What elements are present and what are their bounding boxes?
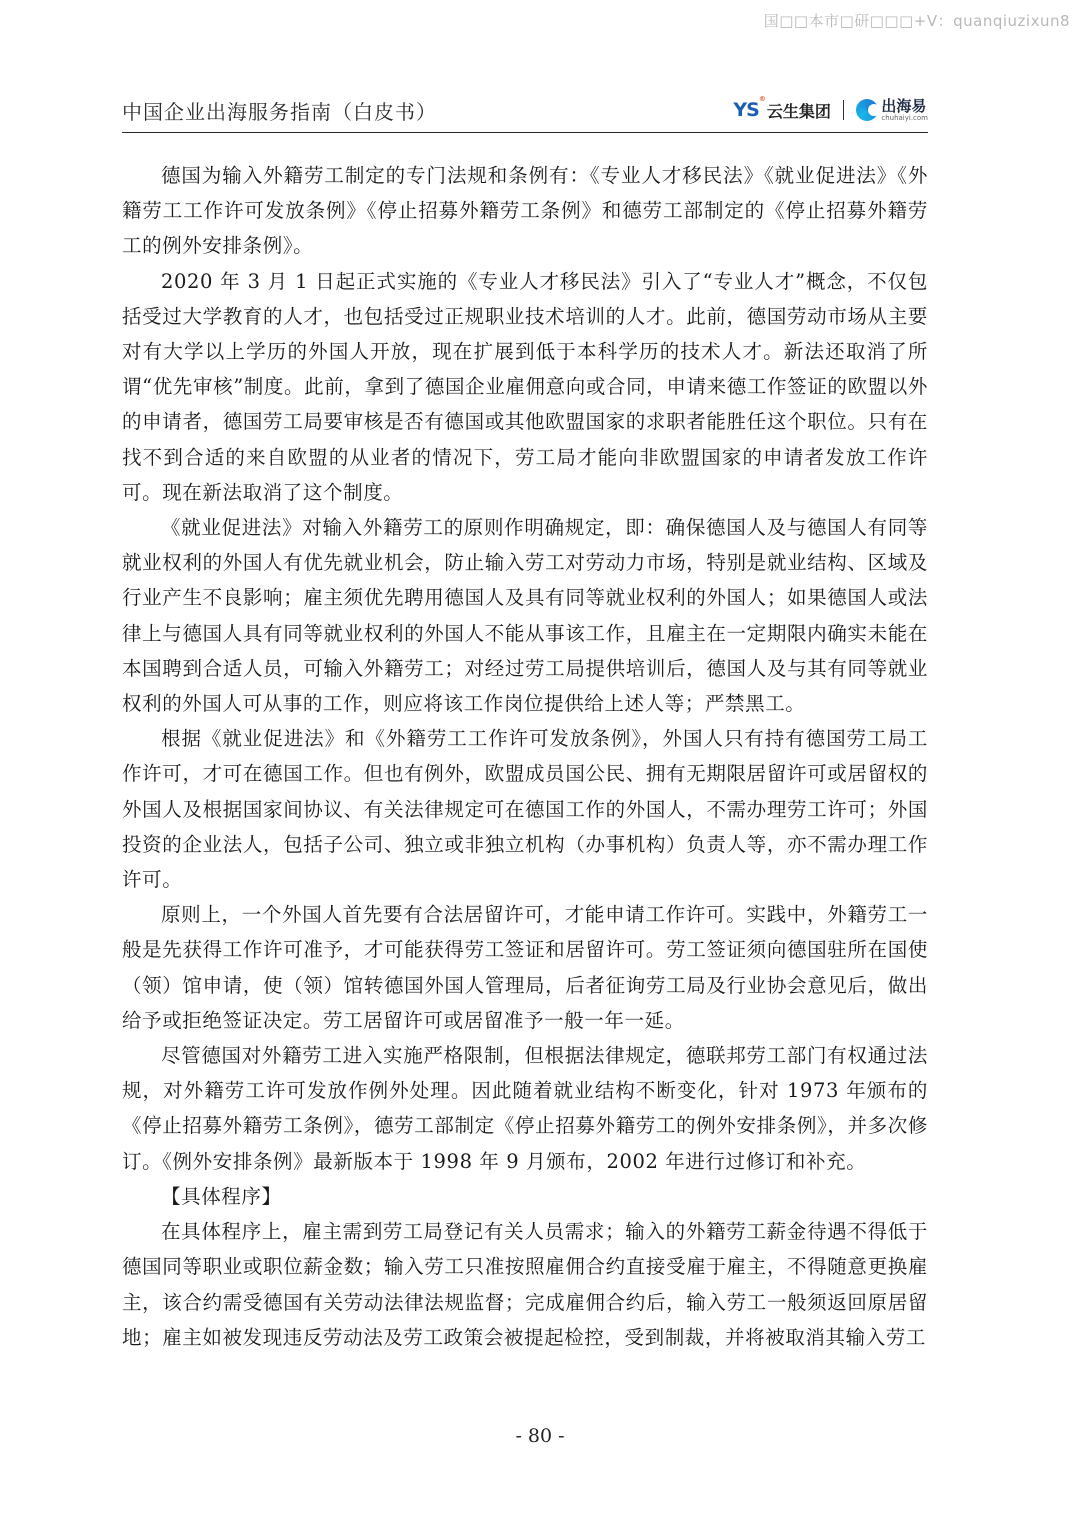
chuhaiyi-name: 出海易: [881, 99, 928, 114]
paragraph: 根据《就业促进法》和《外籍劳工工作许可发放条例》，外国人只有持有德国劳工局工作许…: [122, 721, 928, 897]
body-content: 德国为输入外籍劳工制定的专门法规和条例有：《专业人才移民法》《就业促进法》《外籍…: [122, 158, 928, 1355]
paragraph: 德国为输入外籍劳工制定的专门法规和条例有：《专业人才移民法》《就业促进法》《外籍…: [122, 158, 928, 264]
paragraph: 在具体程序上，雇主需到劳工局登记有关人员需求；输入的外籍劳工薪金待遇不得低于德国…: [122, 1214, 928, 1355]
paragraph: 原则上，一个外国人首先要有合法居留许可，才能申请工作许可。实践中，外籍劳工一般是…: [122, 897, 928, 1038]
header-logos: YS® 云生集团 出海易 chuhaiyi.com: [733, 94, 928, 126]
ys-group-logo: YS® 云生集团: [733, 99, 830, 122]
section-heading: 【具体程序】: [122, 1179, 928, 1214]
ys-logo-icon: YS®: [733, 99, 758, 121]
document-title: 中国企业出海服务指南（白皮书）: [122, 96, 437, 125]
logo-divider: [843, 100, 845, 120]
watermark-text: 国□□本市□研□□□+V：quanqiuzixun8: [764, 10, 1070, 31]
chuhaiyi-logo-icon: [856, 99, 878, 121]
chuhaiyi-logo: 出海易 chuhaiyi.com: [856, 99, 928, 122]
chuhaiyi-url: chuhaiyi.com: [881, 115, 928, 122]
paragraph: 2020 年 3 月 1 日起正式实施的《专业人才移民法》引入了“专业人才”概念…: [122, 264, 928, 510]
page-number: - 80 -: [0, 1425, 1080, 1447]
ys-group-name: 云生集团: [767, 99, 831, 122]
paragraph: 尽管德国对外籍劳工进入实施严格限制，但根据法律规定，德联邦劳工部门有权通过法规，…: [122, 1038, 928, 1179]
paragraph: 《就业促进法》对输入外籍劳工的原则作明确规定，即：确保德国人及与德国人有同等就业…: [122, 510, 928, 721]
page-header: 中国企业出海服务指南（白皮书） YS® 云生集团 出海易 chuhaiyi.co…: [122, 92, 928, 133]
